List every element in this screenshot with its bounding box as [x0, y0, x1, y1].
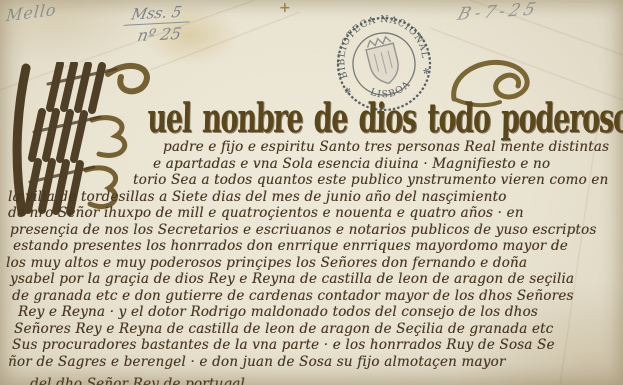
manuscript-page: Mello Mss. 5 nº 25 + B-7-25 BIBLIOTECA N… [0, 0, 623, 385]
stamp-coat-of-arms [364, 35, 402, 86]
manuscript-line: ysabel por la graçia de dios Rey e Reyna… [10, 271, 574, 287]
manuscript-line: los muy altos e muy poderosos prinçipes … [6, 255, 527, 271]
cross-mark: + [279, 0, 291, 16]
manuscript-line: de granada etc e don gutierre de cardena… [12, 288, 574, 304]
manuscript-line: ñor de Sagres e berengel · e don juan de… [8, 354, 505, 370]
manuscript-number-value: nº 25 [125, 23, 194, 46]
owner-mark-annotation: Mello [5, 0, 57, 25]
manuscript-line: Sus procuradores bastantes de la vna par… [12, 337, 555, 353]
manuscript-line: presençia de nos los Secretarios e escri… [10, 222, 596, 238]
manuscript-line: Señores Rey e Reyna de castilla de leon … [14, 321, 553, 337]
manuscript-line: Rey e Reyna · y el dotor Rodrigo maldona… [18, 304, 538, 320]
manuscript-line: de nro Señor ihuxpo de mill e quatroçien… [8, 205, 524, 221]
manuscript-heading: uel nonbre de dios todo poderoso [147, 96, 623, 143]
manuscript-line: e apartadas e vna Sola esencia diuina · … [153, 156, 550, 172]
manuscript-line: torio Sea a todos quantos este publico y… [133, 172, 608, 188]
manuscript-number-annotation: Mss. 5 nº 25 [125, 2, 193, 45]
manuscript-line: del dho Señor Rey de portugal [30, 376, 245, 385]
stamp-star-left: ✻ [343, 86, 352, 96]
manuscript-number-label: Mss. 5 [124, 2, 194, 26]
manuscript-line: padre e fijo e espiritu Santo tres perso… [163, 139, 609, 155]
manuscript-line: estando presentes los honrrados don enrr… [13, 238, 568, 254]
manuscript-line: la villa de tordesillas a Siete dias del… [8, 189, 507, 205]
shelfmark-annotation: B-7-25 [455, 0, 541, 25]
